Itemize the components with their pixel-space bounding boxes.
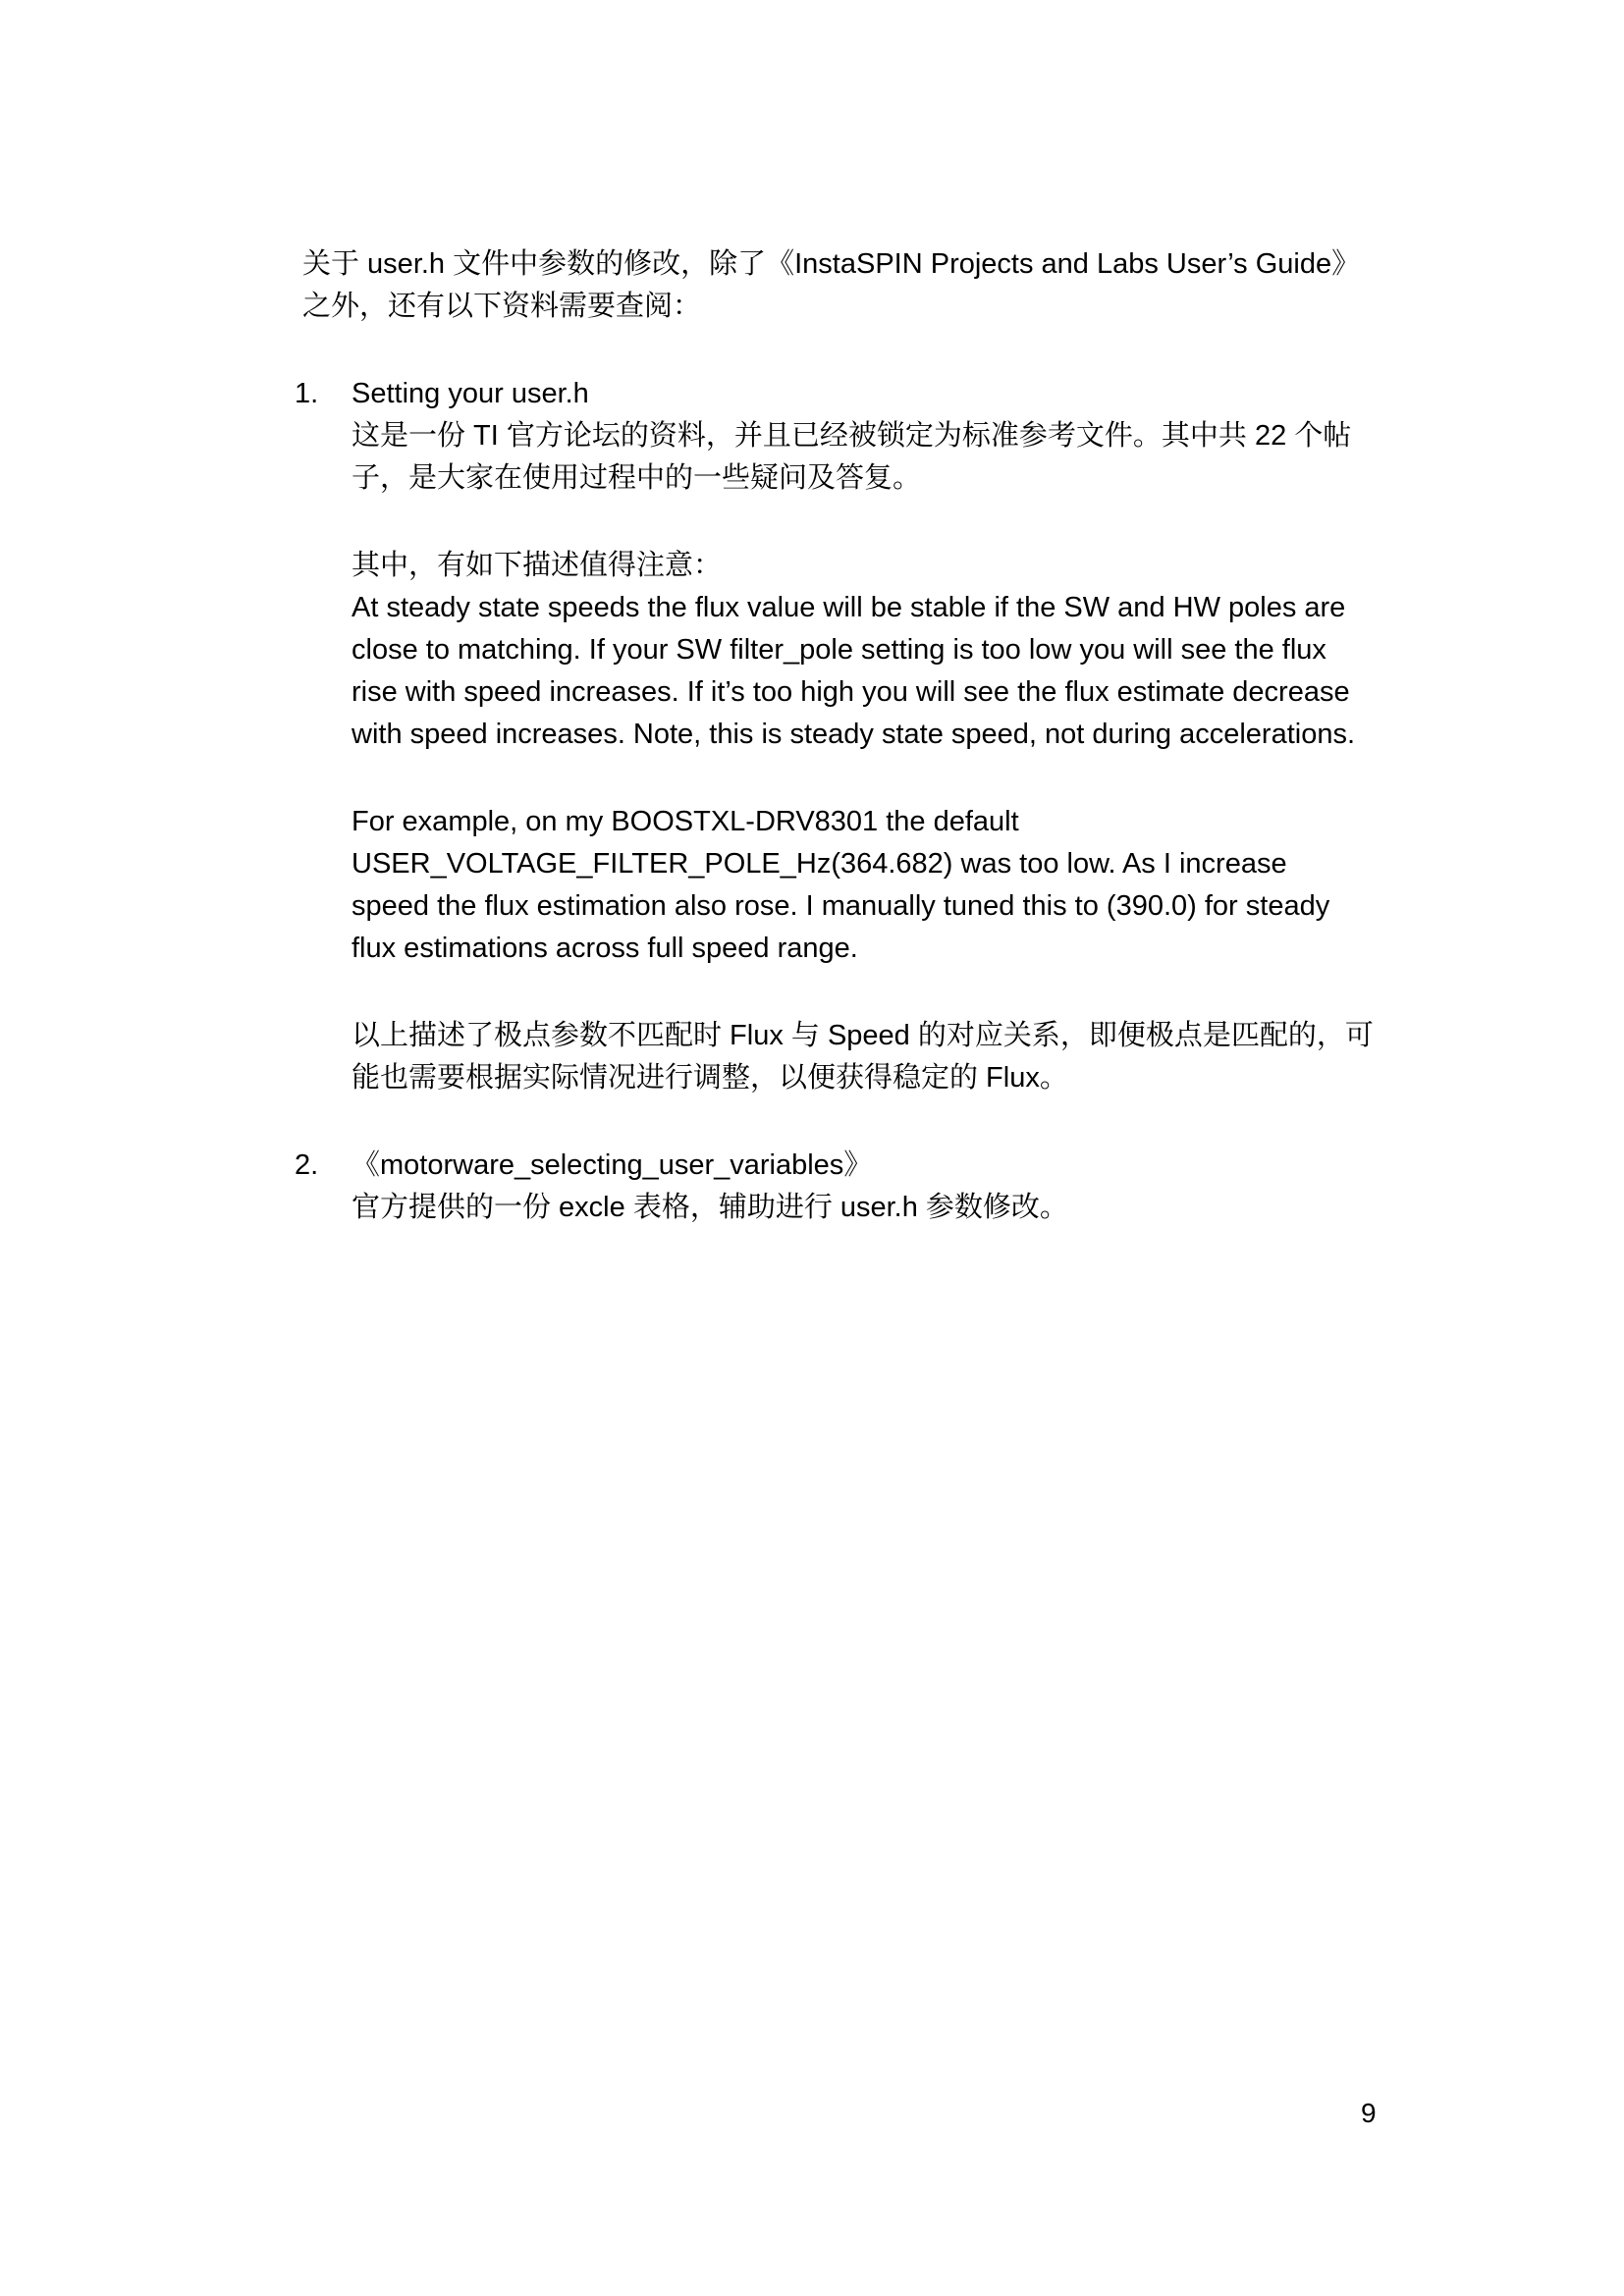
list-item-1: 1. Setting your user.h 这是一份 TI 官方论坛的资料，并… — [302, 373, 1392, 1099]
page-body-text: 关于 user.h 文件中参数的修改，除了《InstaSPIN Projects… — [302, 243, 1392, 1274]
body-line: speed the flux estimation also rose. I m… — [352, 885, 1392, 928]
body-line: flux estimations across full speed range… — [352, 928, 1392, 970]
body-line: with speed increases. Note, this is stea… — [352, 714, 1392, 756]
intro-paragraph: 关于 user.h 文件中参数的修改，除了《InstaSPIN Projects… — [302, 243, 1392, 328]
body-line: 这是一份 TI 官方论坛的资料，并且已经被锁定为标准参考文件。其中共 22 个帖 — [352, 415, 1392, 457]
list-item-2-number: 2. — [295, 1145, 344, 1187]
list-item-1-title: Setting your user.h — [352, 373, 1392, 415]
list-item-1-section-3: For example, on my BOOSTXL-DRV8301 the d… — [352, 801, 1392, 970]
body-line: At steady state speeds the flux value wi… — [352, 587, 1392, 629]
body-line: 能也需要根据实际情况进行调整，以便获得稳定的 Flux。 — [352, 1057, 1392, 1099]
list-item-1-body: Setting your user.h 这是一份 TI 官方论坛的资料，并且已经… — [352, 373, 1392, 1099]
intro-line: 之外，还有以下资料需要查阅： — [302, 286, 1392, 328]
body-line: 官方提供的一份 excle 表格，辅助进行 user.h 参数修改。 — [352, 1187, 1392, 1229]
body-line: rise with speed increases. If it’s too h… — [352, 671, 1392, 714]
list-item-2-section-1: 《motorware_selecting_user_variables》 官方提… — [352, 1145, 1392, 1229]
list-item-2-title: 《motorware_selecting_user_variables》 — [352, 1145, 1392, 1187]
list-item-1-section-1: Setting your user.h 这是一份 TI 官方论坛的资料，并且已经… — [352, 373, 1392, 500]
list-item-1-number: 1. — [295, 373, 344, 415]
intro-line: 关于 user.h 文件中参数的修改，除了《InstaSPIN Projects… — [302, 243, 1392, 286]
body-line: 以上描述了极点参数不匹配时 Flux 与 Speed 的对应关系，即便极点是匹配… — [352, 1015, 1392, 1057]
body-line: USER_VOLTAGE_FILTER_POLE_Hz(364.682) was… — [352, 843, 1392, 885]
list-item-2: 2. 《motorware_selecting_user_variables》 … — [302, 1145, 1392, 1229]
body-line: 子，是大家在使用过程中的一些疑问及答复。 — [352, 457, 1392, 500]
list-item-2-body: 《motorware_selecting_user_variables》 官方提… — [352, 1145, 1392, 1229]
body-line: For example, on my BOOSTXL-DRV8301 the d… — [352, 801, 1392, 843]
list-item-1-section-4: 以上描述了极点参数不匹配时 Flux 与 Speed 的对应关系，即便极点是匹配… — [352, 1015, 1392, 1099]
body-line: close to matching. If your SW filter_pol… — [352, 629, 1392, 671]
page-number: 9 — [1361, 2097, 1377, 2130]
list-item-1-section-2: 其中，有如下描述值得注意： At steady state speeds the… — [352, 545, 1392, 756]
document-page: 关于 user.h 文件中参数的修改，除了《InstaSPIN Projects… — [0, 0, 1624, 2296]
body-line: 其中，有如下描述值得注意： — [352, 545, 1392, 587]
